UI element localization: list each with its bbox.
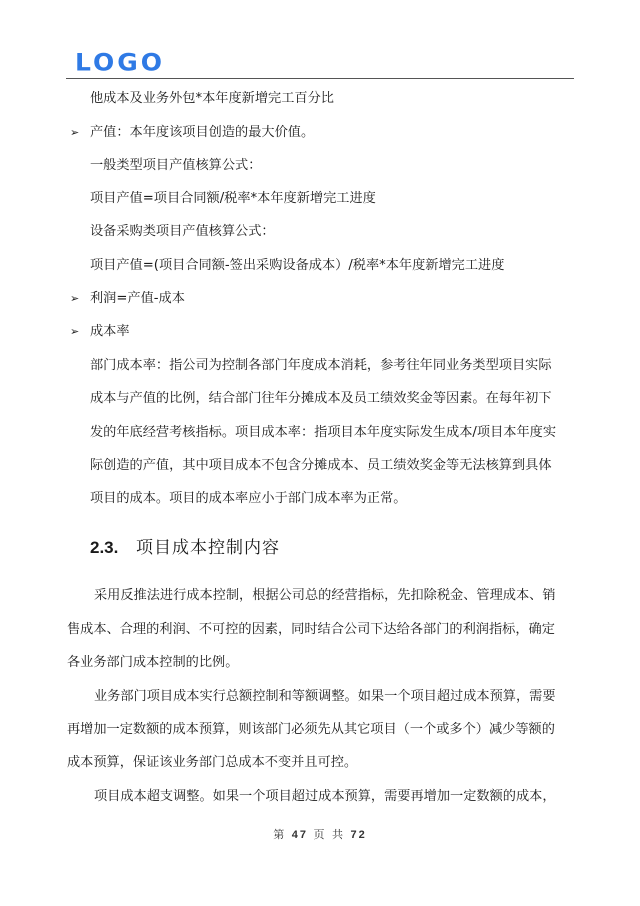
text-line: 部门成本率：指公司为控制各部门年度成本消耗，参考往年同业务类型项目实际	[90, 357, 552, 375]
bullet-cost-rate: 成本率	[90, 323, 130, 341]
text-line: 项目的成本。项目的成本率应小于部门成本率为正常。	[90, 490, 407, 508]
bullet-output-value: 产值：本年度该项目创造的最大价值。	[90, 124, 314, 142]
paragraph-line: 售成本、合理的利润、不可控的因素，同时结合公司下达给各部门的利润指标，确定	[67, 621, 555, 639]
paragraph-line: 成本预算，保证该业务部门总成本不变并且可控。	[67, 754, 357, 772]
section-heading: 2.3.项目成本控制内容	[90, 537, 280, 559]
text-line: 成本与产值的比例，结合部门往年分摊成本及员工绩效奖金等因素。在每年初下	[90, 390, 552, 408]
paragraph-line: 再增加一定数额的成本预算，则该部门必须先从其它项目（一个或多个）减少等额的	[67, 721, 555, 739]
section-title: 项目成本控制内容	[136, 538, 280, 558]
text-line: 设备采购类项目产值核算公式：	[90, 223, 275, 241]
paragraph-line: 项目成本超支调整。如果一个项目超过成本预算，需要再增加一定数额的成本，	[94, 788, 556, 806]
bullet-arrow-icon: ➢	[70, 323, 79, 341]
text-line: 他成本及业务外包*本年度新增完工百分比	[90, 90, 334, 108]
section-number: 2.3.	[90, 537, 136, 559]
header-divider	[66, 78, 574, 79]
paragraph-line: 采用反推法进行成本控制，根据公司总的经营指标，先扣除税金、管理成本、销	[94, 587, 556, 605]
paragraph-line: 各业务部门成本控制的比例。	[67, 654, 238, 672]
bullet-arrow-icon: ➢	[70, 124, 79, 142]
footer-middle: 页 共	[314, 828, 346, 841]
text-line: 际创造的产值，其中项目成本不包含分摊成本、员工绩效奖金等无法核算到具体	[90, 457, 552, 475]
bullet-profit: 利润=产值-成本	[90, 290, 185, 308]
bullet-arrow-icon: ➢	[70, 290, 79, 308]
footer-prefix: 第	[273, 828, 286, 841]
page-footer: 第 47 页 共 72	[0, 826, 640, 842]
company-logo: LOGO	[75, 51, 165, 76]
total-page-count: 72	[351, 829, 367, 841]
current-page-number: 47	[292, 829, 308, 841]
text-line: 发的年底经营考核指标。项目成本率：指项目本年度实际发生成本/项目本年度实	[90, 424, 556, 442]
text-line: 一般类型项目产值核算公式：	[90, 157, 261, 175]
paragraph-line: 业务部门项目成本实行总额控制和等额调整。如果一个项目超过成本预算，需要	[94, 688, 556, 706]
formula-general: 项目产值=项目合同额/税率*本年度新增完工进度	[90, 190, 376, 208]
formula-equipment: 项目产值=(项目合同额-签出采购设备成本）/税率*本年度新增完工进度	[90, 257, 504, 275]
